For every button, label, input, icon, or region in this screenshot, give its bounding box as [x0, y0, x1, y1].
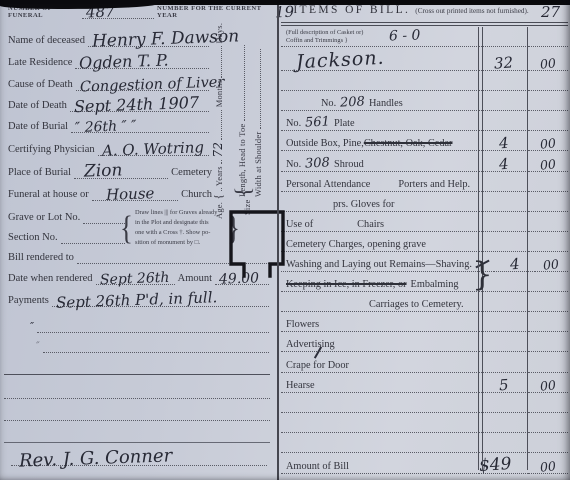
handwritten-cause: Congestion of Liver [79, 74, 224, 95]
bill-item-label: Crape for Door [286, 360, 349, 371]
dollars-cell [479, 393, 528, 413]
bill-rows-table: (Full description of Casket or)Coffin an… [281, 27, 568, 474]
handwritten-payments: Sept 26th P'd, in full. [56, 288, 218, 312]
bill-title-note: (Cross out printed items not furnished). [415, 7, 528, 15]
field-label: Bill rendered to [8, 253, 74, 265]
age-brace: { [211, 194, 225, 200]
fill-line: ″ 26th ″ ″ [71, 129, 209, 133]
bill-row: No.561Plate [281, 111, 568, 131]
cents-cell [528, 27, 568, 47]
bill-row: Personal AttendancePorters and Help. [281, 172, 568, 192]
handwritten-dollars: $49 [479, 454, 513, 476]
blank-rule-line [4, 442, 270, 443]
bill-row: Hearse500 [281, 373, 568, 393]
fill-line: Rev. J. G. Conner [11, 462, 267, 466]
field-label: Place of Burial [8, 168, 71, 180]
cents-cell [528, 332, 568, 352]
cents-cell [528, 292, 568, 312]
dollars-cell: 32 [479, 47, 528, 71]
field-label: Certifying Physician [8, 145, 95, 157]
bill-item-label: No. [321, 98, 336, 109]
note-line: Draw lines ||| for Graves already [135, 208, 225, 218]
handwritten-item-number: 208 [340, 95, 366, 111]
cents-column-rule [527, 27, 528, 470]
bill-row-label [281, 413, 479, 433]
handwritten-cents: 00 [543, 256, 560, 273]
dollars-cell [479, 292, 528, 312]
field-place-of-burial: Place of Burial Zion Cemetery [8, 163, 212, 179]
fill-line: Henry F. Dawson [88, 43, 209, 47]
bill-item-label: Plate [334, 118, 355, 129]
funeral-record-document: Number of Funeral 487 Number for the Cur… [0, 0, 570, 480]
bill-item-label: Porters and Help. [398, 179, 470, 190]
handwritten-dollars: 4 [498, 134, 509, 153]
bill-row-label: Hearse [281, 373, 479, 393]
casket-label-line2: Coffin and Trimmings } [286, 37, 363, 44]
note-line: sition of monument by □. [135, 238, 225, 248]
bill-row: Keeping in Ice, in Freezer, orEmbalming [281, 272, 568, 292]
bill-item-label: prs. Gloves for [333, 199, 395, 210]
field-label: Date when rendered [8, 274, 93, 286]
dollars-cell [479, 71, 528, 91]
bill-row-label: Use ofChairs [281, 212, 479, 232]
bill-row-label: No.561Plate [281, 111, 479, 131]
fill-line [83, 220, 125, 224]
cents-cell: 00 [528, 131, 568, 151]
bill-row [281, 433, 568, 453]
bill-item-label: Cemetery Charges, opening grave [286, 239, 426, 250]
cemetery-suffix-label: Cemetery [171, 168, 212, 180]
months-label: Months [214, 80, 224, 107]
field-label: Grave or Lot No. [8, 213, 80, 225]
fill-line: Sept 24th 1907 [70, 108, 209, 112]
days-label: Days. [214, 23, 224, 44]
field-payments-ditto-1: ″ [8, 317, 272, 333]
dollars-cell [479, 212, 528, 232]
handwritten-burial-place: Zion [84, 160, 123, 181]
bill-item-label: Advertising [286, 339, 335, 350]
field-label: Name of deceased [8, 36, 85, 48]
cents-cell: 00 [528, 47, 568, 71]
bill-row-label: Flowers [281, 312, 479, 332]
bill-item-label: No. [286, 159, 301, 170]
bill-row: Advertising [281, 332, 568, 352]
bill-item-label: Hearse [286, 380, 315, 391]
cents-cell: 00 [528, 453, 568, 474]
bill-title: ITEMS OF BILL. [293, 4, 410, 16]
blank-rule-line [4, 420, 270, 421]
bill-row: Jackson.3200 [281, 47, 568, 71]
dollars-cell: 4 [479, 151, 528, 171]
handwritten-age-years: 72 [211, 142, 225, 158]
bill-row-label: Washing and Laying out Remains—Shaving.} [281, 252, 494, 272]
handwritten-clergy-signature: Rev. J. G. Conner [19, 445, 173, 471]
dollars-cell: 4 [479, 131, 528, 151]
fill-line: Congestion of Liver [76, 87, 209, 91]
field-label: Section No. [8, 233, 58, 245]
bill-row-label: Keeping in Ice, in Freezer, orEmbalming [281, 272, 479, 292]
center-divider-rule [277, 5, 279, 480]
field-cause-of-death: Cause of Death Congestion of Liver [8, 75, 212, 91]
bill-row [281, 413, 568, 433]
cents-cell [528, 272, 568, 292]
bill-row: prs. Gloves for [281, 192, 568, 212]
field-label: Cause of Death [8, 80, 73, 92]
handwritten-item-number: 561 [305, 115, 331, 131]
dollars-cell [479, 332, 528, 352]
fill-line: Sept 26th P'd, in full. [52, 303, 269, 307]
blank-rule-line [4, 374, 270, 375]
cents-cell [528, 232, 568, 252]
church-suffix-label: Church [181, 190, 212, 202]
cents-cell [528, 352, 568, 372]
bill-row-label: Crape for Door [281, 352, 479, 372]
blank-rule-line [4, 398, 270, 399]
casket-description-label: (Full description of Casket or)Coffin an… [286, 29, 363, 45]
bill-row: Cemetery Charges, opening grave [281, 232, 568, 252]
handwritten-cents: 00 [539, 458, 556, 475]
bill-row: No.308Shroud400 [281, 151, 568, 171]
cents-cell [528, 393, 568, 413]
bill-item-label: Embalming [411, 279, 459, 290]
dollars-cell [479, 433, 528, 453]
field-late-residence: Late Residence Ogden T. P. [8, 53, 212, 69]
handwritten-dollars: 5 [498, 375, 509, 394]
bill-row-label: Outside Box, Pine, Chestnut, Oak, Cedar [281, 131, 479, 151]
dollars-cell [479, 413, 528, 433]
handwritten-dollars: 4 [498, 154, 509, 173]
amount-column-double-rule [478, 27, 483, 470]
field-label: Payments [8, 296, 49, 308]
fill-line: 49.00 [215, 281, 269, 285]
cents-cell [528, 192, 568, 212]
vertical-size-width: Width at Shoulder [253, 49, 263, 197]
amount-label: Amount [178, 274, 212, 286]
handwritten-item-number: 308 [305, 155, 331, 171]
ditto-mark: ″ [36, 342, 40, 353]
handwritten-rendered-date: Sept 26th [99, 270, 169, 288]
handwritten-dollars: 32 [493, 53, 513, 72]
field-date-of-burial: Date of Burial ″ 26th ″ ″ [8, 117, 212, 133]
cents-cell: 00 [535, 252, 568, 272]
cents-cell [528, 111, 568, 131]
fill-line: A. O. Wotring [98, 152, 209, 156]
bill-item-label: Washing and Laying out Remains—Shaving. [286, 259, 472, 270]
cents-cell [528, 413, 568, 433]
bill-row: Outside Box, Pine, Chestnut, Oak, Cedar4… [281, 131, 568, 151]
cents-cell: 00 [528, 373, 568, 393]
note-line: in the Plot and designate this [135, 218, 225, 228]
vertical-age-scale: Age. { Years 72 Months Days. [211, 23, 226, 219]
dollars-cell [479, 232, 528, 252]
current-year-number-label: Number for the Current Year [157, 5, 268, 19]
bill-row-label [281, 393, 479, 413]
bill-row: Crape for Door [281, 352, 568, 372]
dollars-cell [479, 27, 528, 47]
bill-item-label: Chairs [357, 219, 384, 230]
dollars-cell [479, 172, 528, 192]
bill-row-label: Amount of Bill [281, 453, 479, 474]
bill-row [281, 71, 568, 91]
bill-row: Use ofChairs [281, 212, 568, 232]
dollars-cell [479, 312, 528, 332]
bill-header: ITEMS OF BILL. (Cross out printed items … [286, 4, 536, 16]
ditto-mark: ″ [30, 321, 34, 333]
fill-line: Zion [74, 175, 168, 179]
field-section-no: Section No. [8, 228, 128, 244]
note-brace-left: { [120, 213, 133, 243]
handwritten-cents: 00 [539, 55, 556, 72]
bill-row-label: Jackson. [281, 47, 479, 71]
bill-row-label: (Full description of Casket or)Coffin an… [281, 27, 479, 47]
fill-line: Sept 26th [96, 281, 175, 285]
bill-row-label: Carriages to Cemetery. [281, 292, 479, 312]
bill-row-label [281, 433, 479, 453]
bill-row-label: No.308Shroud [281, 151, 479, 171]
handwritten-residence: Ogden T. P. [79, 50, 169, 72]
bill-item-label: Personal Attendance [286, 179, 370, 190]
cents-cell [528, 433, 568, 453]
field-label: Funeral at house or [8, 190, 89, 202]
field-date-of-death: Date of Death Sept 24th 1907 [8, 96, 212, 112]
cents-cell [528, 212, 568, 232]
cents-cell [528, 172, 568, 192]
fill-line [37, 329, 269, 333]
page-corner-number: 27 [541, 3, 560, 21]
bill-item-label: No. [286, 118, 301, 129]
cents-cell [528, 71, 568, 91]
dollars-cell [479, 91, 528, 111]
spanning-brace: } [472, 257, 493, 290]
bill-row-label: prs. Gloves for [281, 192, 479, 212]
bill-row-label [281, 71, 479, 91]
dollars-cell [479, 192, 528, 212]
bill-item-label: Carriages to Cemetery. [369, 299, 464, 310]
field-grave-lot-no: Grave or Lot No. [8, 208, 128, 224]
field-label: Late Residence [8, 58, 72, 70]
fill-line: 487 [82, 15, 154, 19]
fill-line [61, 240, 125, 244]
bill-row: Carriages to Cemetery. [281, 292, 568, 312]
plot-instruction-note: { Draw lines ||| for Graves already in t… [120, 208, 240, 248]
vertical-size-length: Length, Head to Toe [237, 45, 247, 197]
handwritten-burial-date: ″ 26th ″ ″ [75, 118, 137, 136]
bill-row: Washing and Laying out Remains—Shaving.}… [281, 252, 568, 272]
bill-item-label: Outside Box, Pine, [286, 138, 364, 149]
dollars-cell [479, 352, 528, 372]
handwritten-death-date: Sept 24th 1907 [74, 93, 200, 116]
casket-label-line1: (Full description of Casket or) [286, 29, 363, 36]
bill-row: (Full description of Casket or)Coffin an… [281, 27, 568, 47]
cents-cell [528, 91, 568, 111]
fill-line [43, 349, 269, 353]
handwritten-physician: A. O. Wotring [101, 138, 204, 160]
struck-out-text: Chestnut, Oak, Cedar [364, 138, 453, 149]
dollars-cell: 4 [494, 252, 535, 272]
bill-item-label: Amount of Bill [286, 461, 349, 472]
bill-item-label: Flowers [286, 319, 319, 330]
field-name-of-deceased: Name of deceased Henry F. Dawson [8, 31, 212, 47]
bill-row-label: Personal AttendancePorters and Help. [281, 172, 479, 192]
handwritten-casket-size: 6 - 0 [389, 28, 421, 45]
bill-item-label: Shroud [334, 159, 364, 170]
bill-row: No.208Handles [281, 91, 568, 111]
field-label: Date of Burial [8, 122, 68, 134]
bill-row-label: Advertising [281, 332, 479, 352]
handwritten-cents: 00 [539, 156, 556, 173]
dollars-cell: $49 [479, 453, 528, 474]
bill-row-label: No.208Handles [281, 91, 479, 111]
header-double-rule [281, 22, 568, 26]
dollars-cell: 5 [479, 373, 528, 393]
bill-row: Amount of Bill$4900 [281, 453, 568, 474]
note-line: one with a Cross †. Show po- [135, 228, 225, 238]
cents-cell: 00 [528, 151, 568, 171]
struck-out-text: Keeping in Ice, in Freezer, or [286, 279, 407, 290]
field-clergy-signature: Rev. J. G. Conner [8, 448, 270, 466]
handwritten-dollars: 4 [509, 255, 520, 274]
handwritten-cents: 00 [539, 377, 556, 394]
years-label: Years [214, 166, 224, 186]
cents-cell [528, 312, 568, 332]
handwritten-item-name: Jackson. [295, 47, 385, 74]
fill-line: House [92, 197, 178, 201]
bill-row [281, 393, 568, 413]
field-certifying-physician: Certifying Physician A. O. Wotring [8, 140, 212, 156]
field-funeral-at: Funeral at house or House Church [8, 185, 212, 201]
fill-line: Ogden T. P. [75, 65, 209, 69]
field-payments: Payments Sept 26th P'd, in full. [8, 291, 272, 307]
handwritten-funeral-at: House [105, 184, 154, 204]
handwritten-cents: 00 [539, 136, 556, 153]
bill-item-label: Handles [369, 98, 403, 109]
dollars-cell [479, 111, 528, 131]
field-label: Date of Death [8, 101, 67, 113]
bill-row-label: Cemetery Charges, opening grave [281, 232, 479, 252]
bill-row: Flowers [281, 312, 568, 332]
bill-item-label: Use of [286, 219, 313, 230]
field-payments-ditto-2: ″ [8, 337, 272, 353]
